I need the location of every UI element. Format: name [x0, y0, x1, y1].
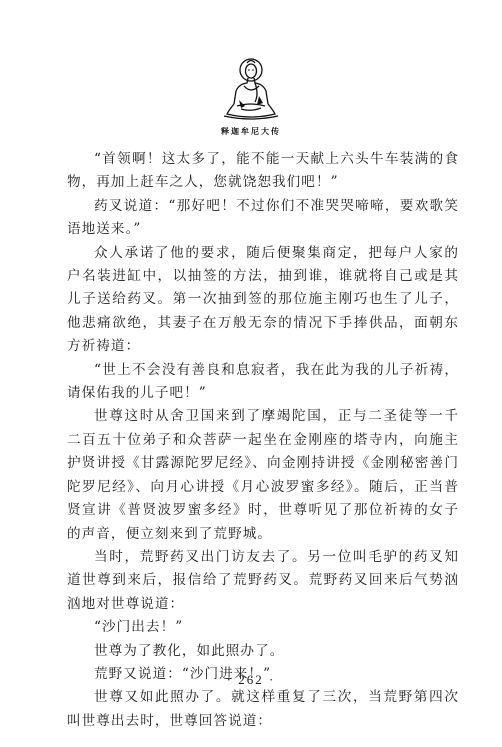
paragraph: 药叉说道：“那好吧！不过你们不准哭哭啼啼，要欢歌笑语地送来。”: [67, 195, 459, 242]
paragraph: 众人承诺了他的要求，随后便聚集商定，把每户人家的户名装进缸中，以抽签的方法，抽到…: [67, 242, 459, 359]
book-title-caption: 释迦牟尼大传: [0, 126, 502, 137]
seated-buddha-icon: [219, 56, 283, 122]
paragraph: 当时，荒野药叉出门访友去了。另一位叫毛驴的药叉知道世尊到来后，报信给了荒野药叉。…: [67, 546, 459, 616]
paragraph: 世尊又如此照办了。就这样重复了三次，当荒野第四次叫世尊出去时，世尊回答说道：: [67, 686, 459, 733]
page-number: · 262 ·: [0, 672, 502, 688]
paragraph: “沙门出去！”: [67, 616, 459, 639]
paragraph: “首领啊！这太多了，能不能一天献上六头牛车装满的食物，再加上赶车之人，您就饶恕我…: [67, 148, 459, 195]
paragraph: 世尊为了教化，如此照办了。: [67, 640, 459, 663]
paragraph: “世上不会没有善良和息寂者，我在此为我的儿子祈祷，请保佑我的儿子吧！”: [67, 359, 459, 406]
chapter-header: 释迦牟尼大传: [0, 56, 502, 137]
paragraph: 世尊这时从舍卫国来到了摩竭陀国，正与二圣徒等一千二百五十位弟子和众菩萨一起坐在金…: [67, 405, 459, 545]
page-body: “首领啊！这太多了，能不能一天献上六头牛车装满的食物，再加上赶车之人，您就饶恕我…: [67, 148, 459, 733]
